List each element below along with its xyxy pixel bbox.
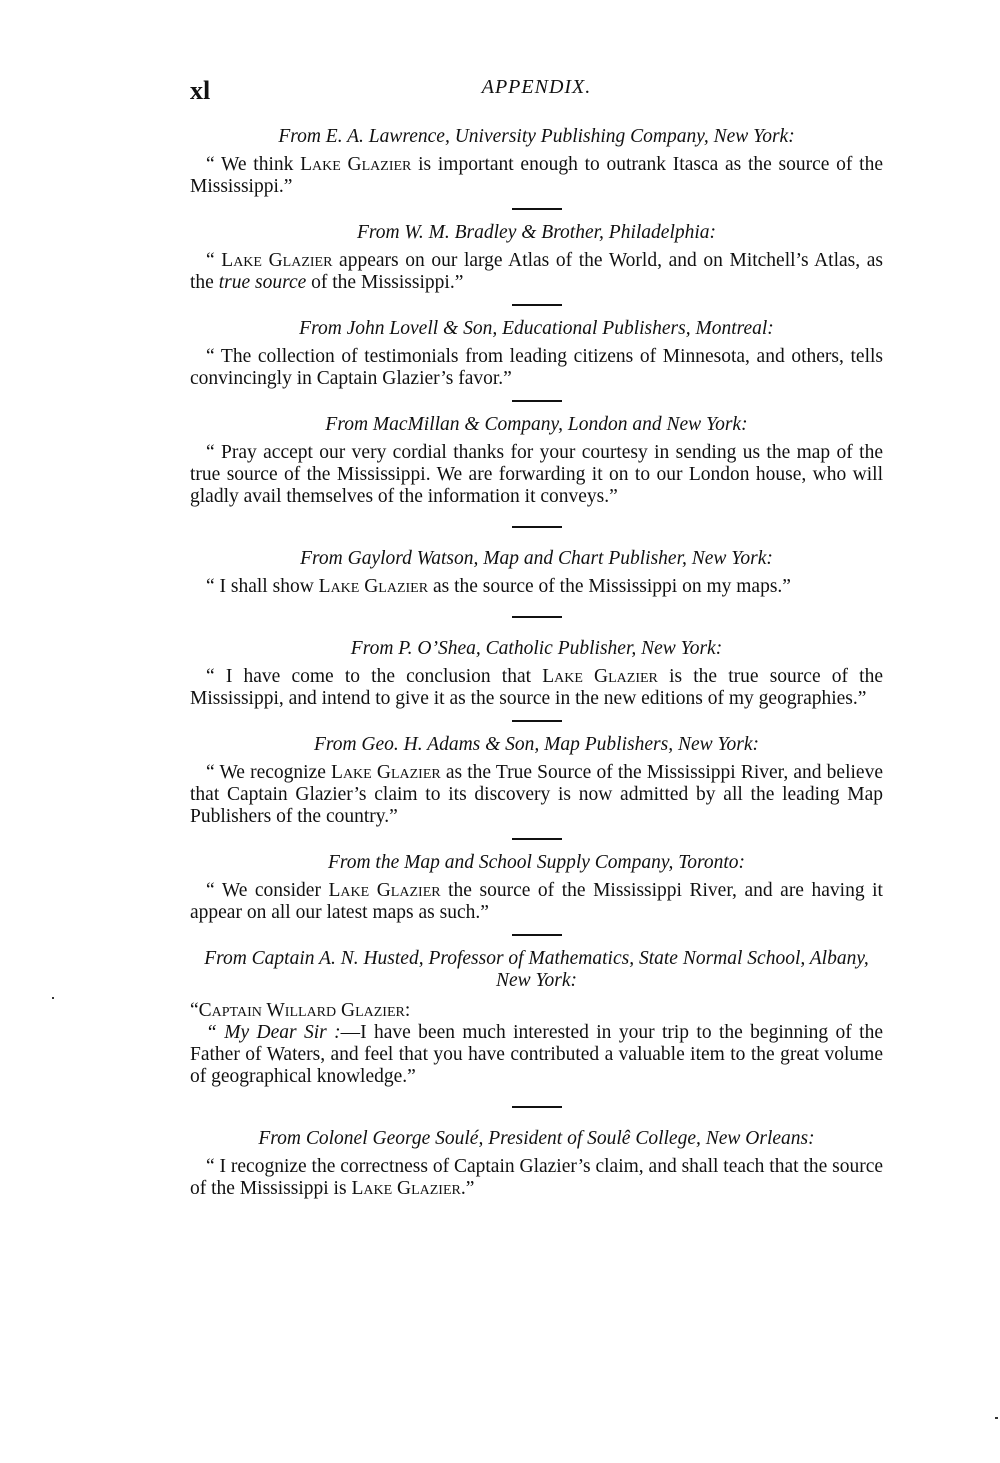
- page-title: APPENDIX.: [190, 76, 883, 99]
- divider-rule: [512, 1106, 562, 1108]
- testimonial-source: From Colonel George Soulé, President of …: [190, 1128, 883, 1150]
- testimonial-source: From P. O’Shea, Catholic Publisher, New …: [190, 638, 883, 660]
- testimonial: From the Map and School Supply Company, …: [190, 852, 883, 924]
- testimonial: From John Lovell & Son, Educational Publ…: [190, 318, 883, 390]
- scan-speck: [52, 997, 54, 999]
- testimonial: From Captain A. N. Husted, Professor of …: [190, 948, 883, 1088]
- divider-rule: [512, 720, 562, 722]
- book-page: xl APPENDIX. From E. A. Lawrence, Univer…: [190, 70, 883, 1200]
- divider-rule: [512, 934, 562, 936]
- divider-rule: [512, 526, 562, 528]
- testimonial-source: From W. M. Bradley & Brother, Philadelph…: [190, 222, 883, 244]
- testimonial: From Colonel George Soulé, President of …: [190, 1128, 883, 1200]
- testimonial-source: From Gaylord Watson, Map and Chart Publi…: [190, 548, 883, 570]
- scan-speck: [995, 1417, 998, 1419]
- testimonial: From MacMillan & Company, London and New…: [190, 414, 883, 508]
- testimonial: From Gaylord Watson, Map and Chart Publi…: [190, 548, 883, 598]
- divider-rule: [512, 304, 562, 306]
- testimonial-quote: “ We think Lake Glazier is important eno…: [190, 154, 883, 198]
- testimonial-source: From Captain A. N. Husted, Professor of …: [190, 948, 883, 992]
- testimonial-quote: “ My Dear Sir :—I have been much interes…: [190, 1022, 883, 1088]
- testimonial-quote: “ We consider Lake Glazier the source of…: [190, 880, 883, 924]
- testimonial: From W. M. Bradley & Brother, Philadelph…: [190, 222, 883, 294]
- testimonial-source: From John Lovell & Son, Educational Publ…: [190, 318, 883, 340]
- testimonial-source: From Geo. H. Adams & Son, Map Publishers…: [190, 734, 883, 756]
- testimonial-quote: “ We recognize Lake Glazier as the True …: [190, 762, 883, 828]
- testimonial-quote: “ Pray accept our very cordial thanks fo…: [190, 442, 883, 508]
- divider-rule: [512, 400, 562, 402]
- testimonial: From P. O’Shea, Catholic Publisher, New …: [190, 638, 883, 710]
- running-head: xl APPENDIX.: [190, 70, 883, 110]
- divider-rule: [512, 838, 562, 840]
- testimonial-source: From the Map and School Supply Company, …: [190, 852, 883, 874]
- testimonial-quote: “ The collection of testimonials from le…: [190, 346, 883, 390]
- testimonial-quote: “ I recognize the correctness of Captain…: [190, 1156, 883, 1200]
- testimonial: From E. A. Lawrence, University Publishi…: [190, 126, 883, 198]
- testimonial-source: From MacMillan & Company, London and New…: [190, 414, 883, 436]
- divider-rule: [512, 616, 562, 618]
- testimonial-quote: “ I shall show Lake Glazier as the sourc…: [190, 576, 883, 598]
- testimonial-quote: “ Lake Glazier appears on our large Atla…: [190, 250, 883, 294]
- testimonial-quote: “ I have come to the conclusion that Lak…: [190, 666, 883, 710]
- testimonial: From Geo. H. Adams & Son, Map Publishers…: [190, 734, 883, 828]
- testimonial-source: From E. A. Lawrence, University Publishi…: [190, 126, 883, 148]
- divider-rule: [512, 208, 562, 210]
- letter-salutation: “Captain Willard Glazier:: [190, 1000, 883, 1022]
